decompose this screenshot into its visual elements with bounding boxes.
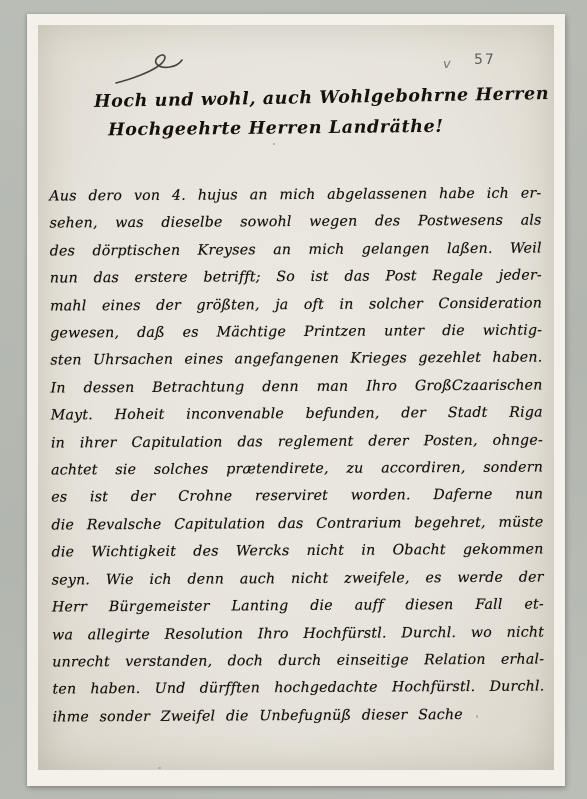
manuscript-line: es ist der Crohne reserviret worden. Daf…: [51, 482, 543, 512]
manuscript-line: unrecht verstanden, doch durch einseitig…: [52, 646, 544, 676]
photograph-print: v 57 Hoch und wohl, auch Wohlgebohrne He…: [27, 14, 565, 786]
page-number-annotation: 57: [474, 52, 496, 68]
manuscript-line: gewesen, daß es Mächtige Printzen unter …: [50, 318, 542, 348]
manuscript-line: sehen, was dieselbe sowohl wegen des Pos…: [49, 208, 541, 238]
manuscript-line: Aus dero von 4. hujus an mich abgelassen…: [49, 181, 541, 211]
flourish-mark: [114, 53, 184, 87]
salutation-block: Hoch und wohl, auch Wohlgebohrne Herren …: [38, 83, 554, 143]
manuscript-line: mahl eines der größten, ja oft in solche…: [50, 290, 542, 320]
manuscript-line: die Wichtigkeit des Wercks nicht in Obac…: [52, 537, 544, 567]
screenshot-root: { "colors": { "background": "#b4b8b1", "…: [0, 0, 587, 799]
paper-speck: [476, 715, 478, 718]
manuscript-line: in ihrer Capitulation das reglement dere…: [51, 427, 543, 457]
paper-speck: [273, 143, 275, 145]
salutation-line: Hochgeehrte Herren Landräthe!: [108, 111, 554, 146]
manuscript-line: ten haben. Und dürfften hochgedachte Hoc…: [52, 674, 544, 704]
manuscript-line: die Revalsche Capitulation das Contrariu…: [51, 509, 543, 539]
manuscript-line: wa allegirte Resolution Ihro Hochfürstl.…: [52, 619, 544, 649]
manuscript-line: ihme sonder Zweifel die Unbefugnüß diese…: [53, 701, 545, 731]
manuscript-line: Mayt. Hoheit inconvenable befunden, der …: [51, 400, 543, 430]
checkmark-annotation: v: [442, 57, 452, 73]
manuscript-page: v 57 Hoch und wohl, auch Wohlgebohrne He…: [38, 25, 554, 770]
manuscript-line: sten Uhrsachen eines angefangenen Kriege…: [50, 345, 542, 375]
manuscript-line: des dörptischen Kreyses an mich gelangen…: [50, 235, 542, 265]
manuscript-line: seyn. Wie ich denn auch nicht zweifele, …: [52, 564, 544, 594]
manuscript-line: Herr Bürgemeister Lanting die auff diese…: [52, 592, 544, 622]
paper-speck: [158, 767, 161, 769]
letter-body: Aus dero von 4. hujus an mich abgelassen…: [49, 181, 544, 732]
manuscript-line: In dessen Betrachtung denn man Ihro Groß…: [51, 372, 543, 402]
manuscript-line: nun das erstere betrifft; So ist das Pos…: [50, 263, 542, 293]
manuscript-line: achtet sie solches prætendirete, zu acco…: [51, 455, 543, 485]
